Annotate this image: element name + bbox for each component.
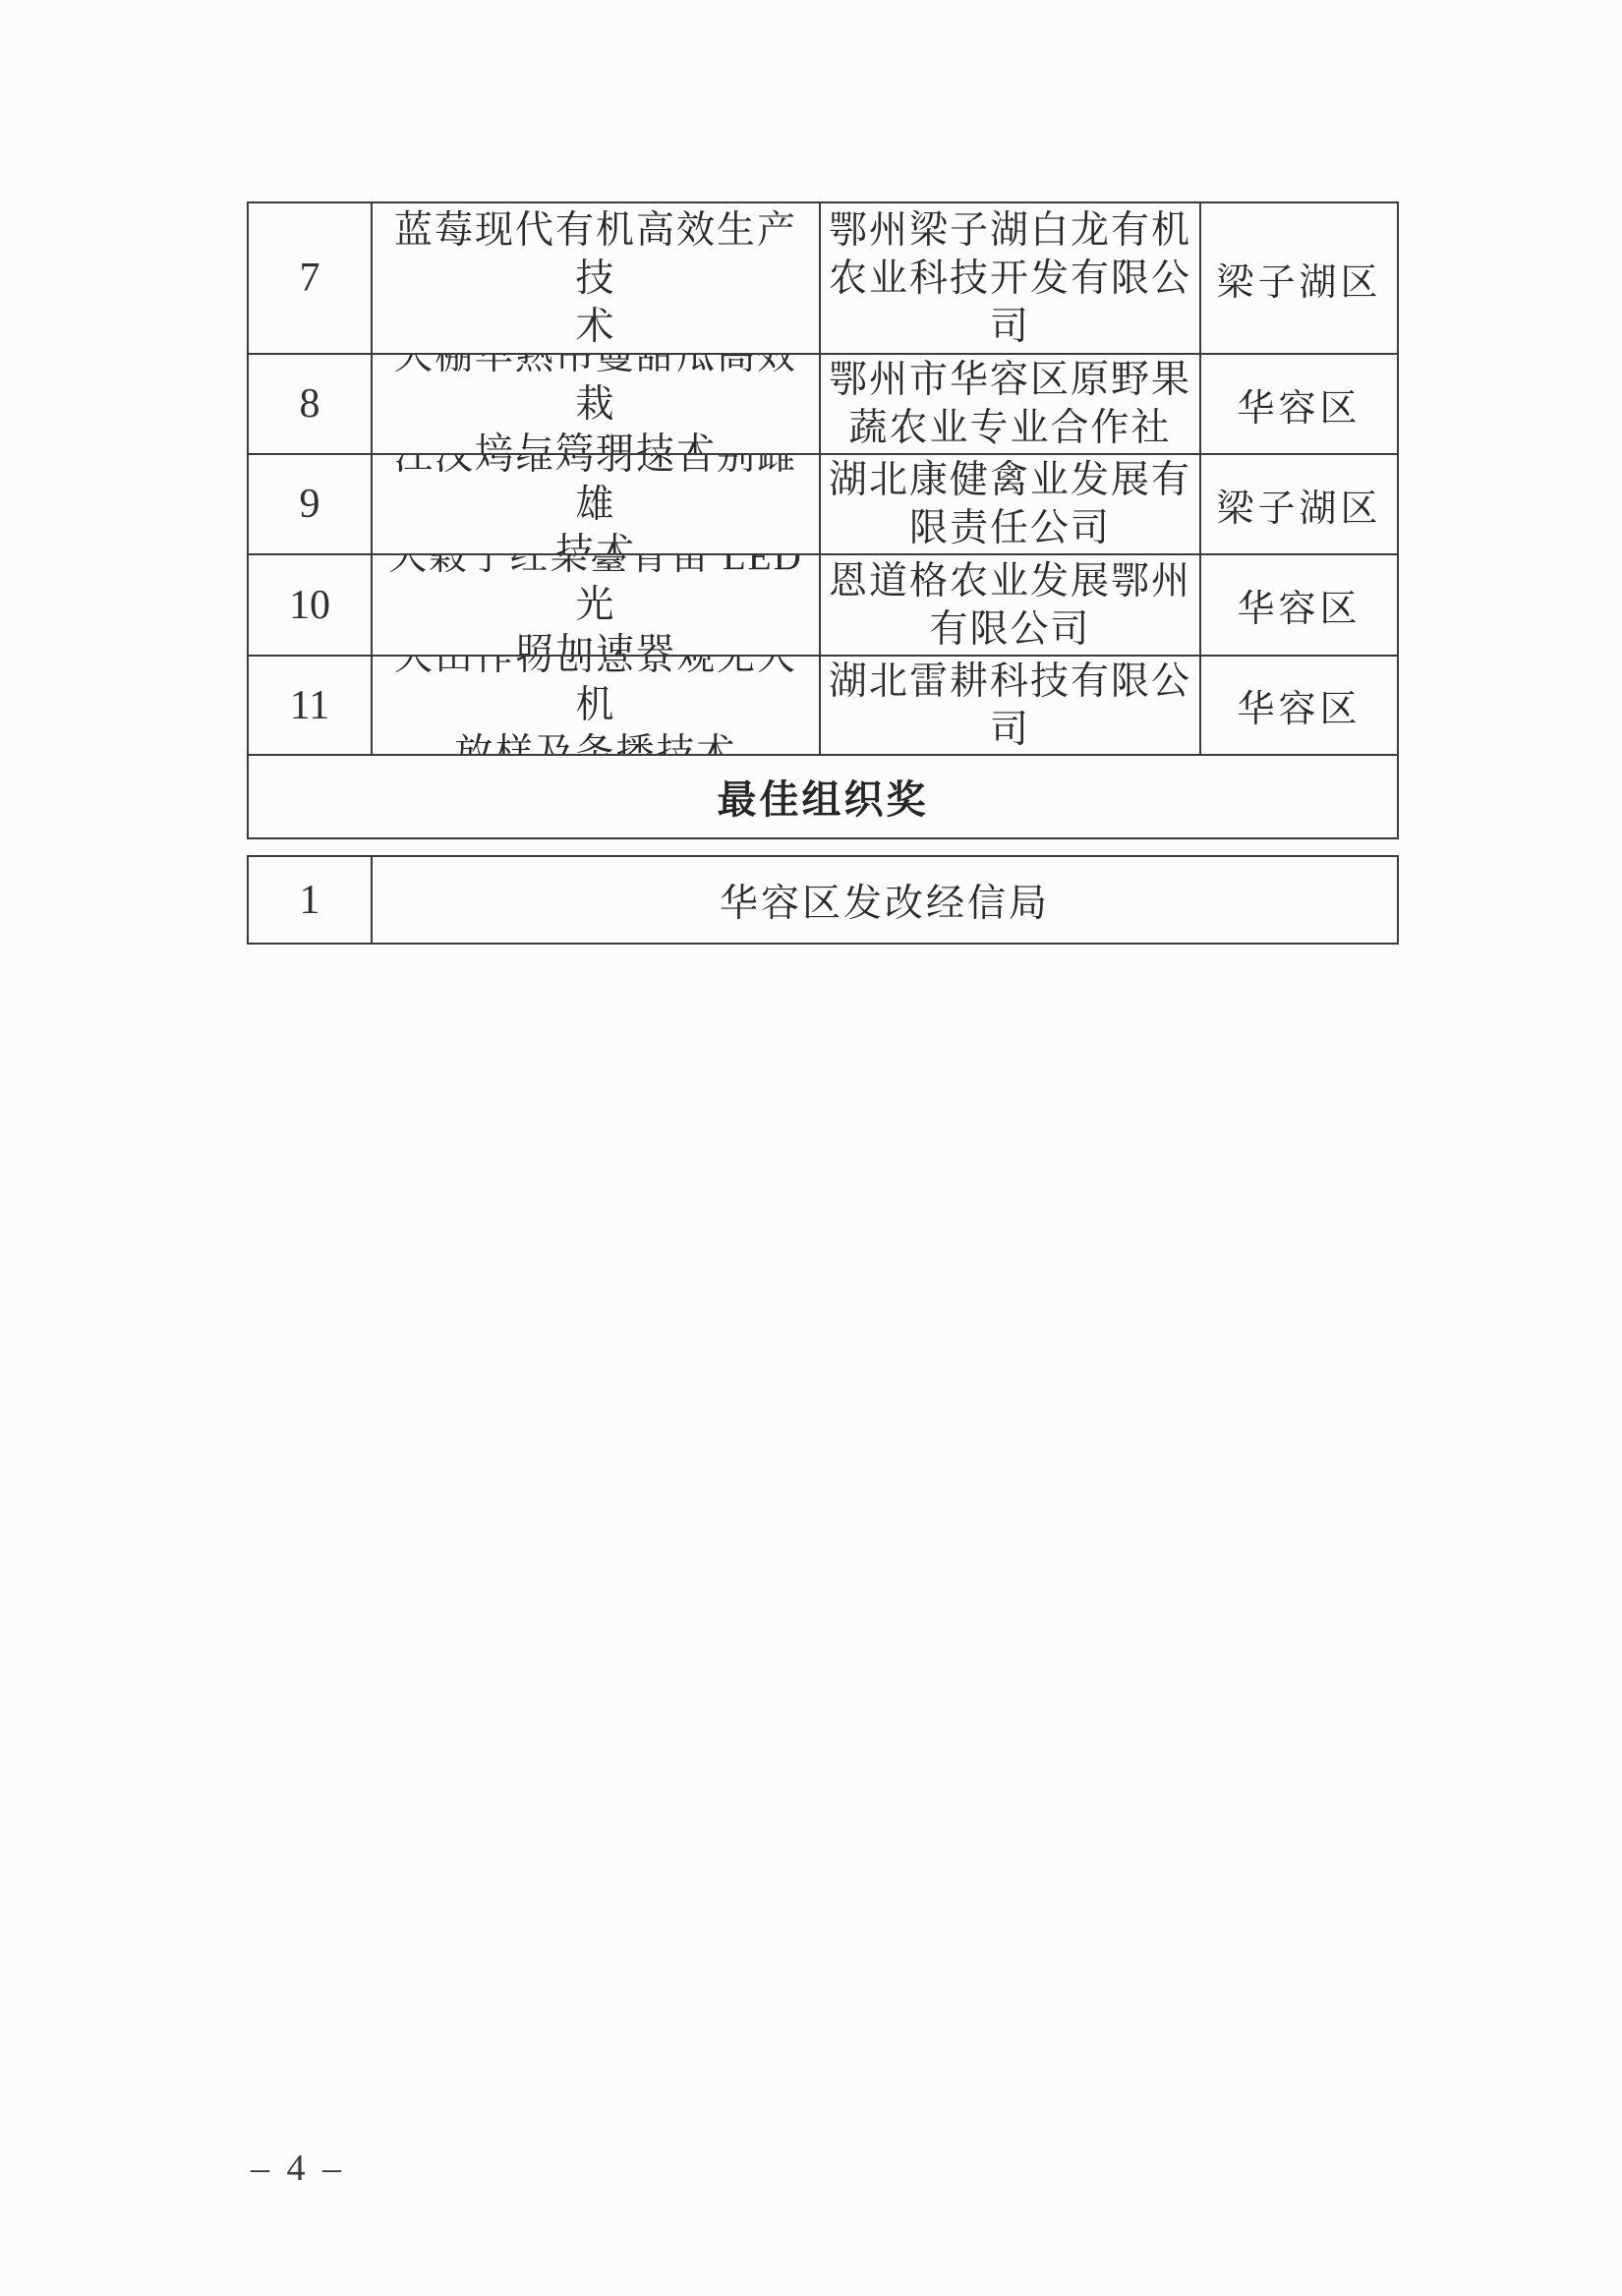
scanned-document-page: 7 蓝莓现代有机高效生产技 术 鄂州梁子湖白龙有机 农业科技开发有限公 司 梁子…: [0, 0, 1622, 2296]
tech-name-cell: 蓝莓现代有机高效生产技 术: [371, 203, 819, 353]
rank-cell: 11: [249, 657, 371, 754]
rank-cell: 1: [249, 857, 371, 943]
district-cell: 华容区: [1199, 555, 1397, 655]
table-row: 10 大穀子红菜薹育苗 LED 光 照加速器 恩道格农业发展鄂州 有限公司 华容…: [249, 553, 1397, 655]
organization-name-cell: 华容区发改经信局: [371, 857, 1397, 943]
district-cell: 梁子湖区: [1199, 203, 1397, 353]
district-cell: 华容区: [1199, 657, 1397, 754]
rank-cell: 10: [249, 555, 371, 655]
best-organization-table: 1 华容区发改经信局: [247, 855, 1399, 945]
company-cell: 鄂州梁子湖白龙有机 农业科技开发有限公 司: [819, 203, 1199, 353]
company-cell: 湖北康健禽业发展有 限责任公司: [819, 455, 1199, 553]
company-cell: 恩道格农业发展鄂州 有限公司: [819, 555, 1199, 655]
tech-name-cell: 大田作物创意景观无人机 放样及条播技术: [371, 657, 819, 754]
rank-cell: 7: [249, 203, 371, 353]
tech-name-cell: 大棚早熟吊蔓甜瓜高效栽 培与管理技术: [371, 355, 819, 453]
section-title-best-organization-award: 最佳组织奖: [249, 754, 1397, 837]
rank-cell: 9: [249, 455, 371, 553]
company-cell: 鄂州市华容区原野果 蔬农业专业合作社: [819, 355, 1199, 453]
table-row: 11 大田作物创意景观无人机 放样及条播技术 湖北雷耕科技有限公 司 华容区: [249, 655, 1397, 754]
tech-name-cell: 大穀子红菜薹育苗 LED 光 照加速器: [371, 555, 819, 655]
rank-cell: 8: [249, 355, 371, 453]
table-row: 7 蓝莓现代有机高效生产技 术 鄂州梁子湖白龙有机 农业科技开发有限公 司 梁子…: [249, 203, 1397, 353]
district-cell: 华容区: [1199, 355, 1397, 453]
district-cell: 梁子湖区: [1199, 455, 1397, 553]
table-row: 9 江汉鸡维鸡羽速自别雌雄 技术 湖北康健禽业发展有 限责任公司 梁子湖区: [249, 453, 1397, 553]
company-cell: 湖北雷耕科技有限公 司: [819, 657, 1199, 754]
tech-name-cell: 江汉鸡维鸡羽速自别雌雄 技术: [371, 455, 819, 553]
table-row: 8 大棚早熟吊蔓甜瓜高效栽 培与管理技术 鄂州市华容区原野果 蔬农业专业合作社 …: [249, 353, 1397, 453]
page-number: – 4 –: [251, 2147, 345, 2190]
awards-table: 7 蓝莓现代有机高效生产技 术 鄂州梁子湖白龙有机 农业科技开发有限公 司 梁子…: [247, 201, 1399, 839]
table-row: 1 华容区发改经信局: [249, 857, 1397, 943]
